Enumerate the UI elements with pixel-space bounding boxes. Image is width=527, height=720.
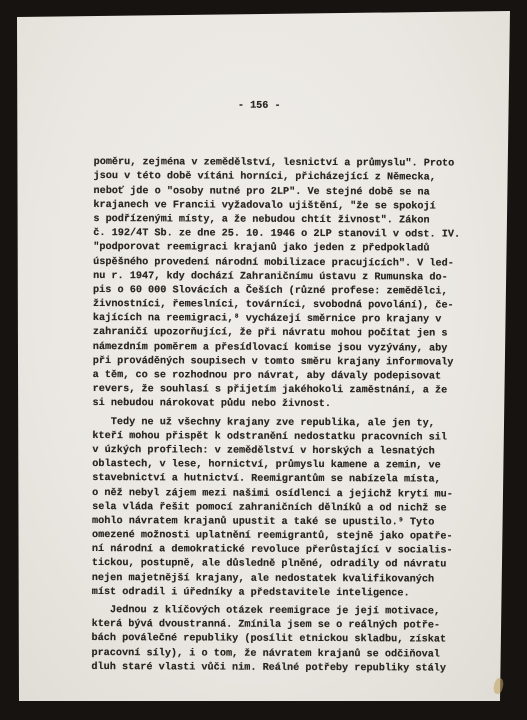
text-line: stavebnictví a hutnictví. Reemigrantům s… bbox=[92, 472, 474, 488]
scanned-page-photo: - 156 - poměru, zejména v zemědělství, l… bbox=[0, 0, 527, 720]
paragraph: Jednou z klíčových otázek reemigrace je … bbox=[91, 604, 473, 677]
text-line: nejen majetnější krajany, ale nedostatek… bbox=[92, 572, 474, 588]
text-line: dluh staré vlasti vůči nim. Reálné potře… bbox=[91, 661, 473, 677]
text-line: pracovní síly), i o tom, že návratem kra… bbox=[91, 647, 473, 663]
text-line: bách poválečné republiky (posílit etnick… bbox=[91, 632, 473, 648]
text-line: si nebudou nárokovat půdu nebo živnost. bbox=[93, 397, 475, 413]
text-line: sela vláda řešit pomocí zahraničních děl… bbox=[92, 501, 474, 517]
text-line: nu r. 1947, kdy dochází Zahraničnímu úst… bbox=[93, 270, 475, 286]
paragraph: poměru, zejména v zemědělství, lesnictví… bbox=[93, 156, 476, 413]
text-line: "podporovat reemigraci krajanů jako jede… bbox=[93, 241, 475, 257]
text-line: námezdním poměrem a přesídlovací komise … bbox=[93, 341, 475, 357]
page-number: - 156 - bbox=[94, 99, 476, 115]
text-line: o něž nebyl zájem mezi našimi osídlenci … bbox=[92, 487, 474, 503]
text-line: tickou, postupně, ale důsledně plněné, o… bbox=[92, 557, 474, 573]
paragraph: Tedy ne už všechny krajany zve republika… bbox=[92, 416, 475, 602]
text-line: neboť jde o "osoby nutné pro 2LP". Ve st… bbox=[93, 185, 475, 201]
page-content: - 156 - poměru, zejména v zemědělství, l… bbox=[91, 71, 476, 705]
text-line: míst odradil i úředníky a představitele … bbox=[92, 586, 474, 602]
text-line: úspěšného provedení národní mobilizace p… bbox=[93, 256, 475, 272]
text-line: zahraničí upozorňující, že při návratu m… bbox=[93, 326, 475, 342]
text-line: Tedy ne už všechny krajany zve republika… bbox=[92, 416, 474, 432]
body-text: poměru, zejména v zemědělství, lesnictví… bbox=[91, 156, 475, 676]
text-line: jsou v této době vítáni horníci, přicház… bbox=[94, 170, 476, 186]
